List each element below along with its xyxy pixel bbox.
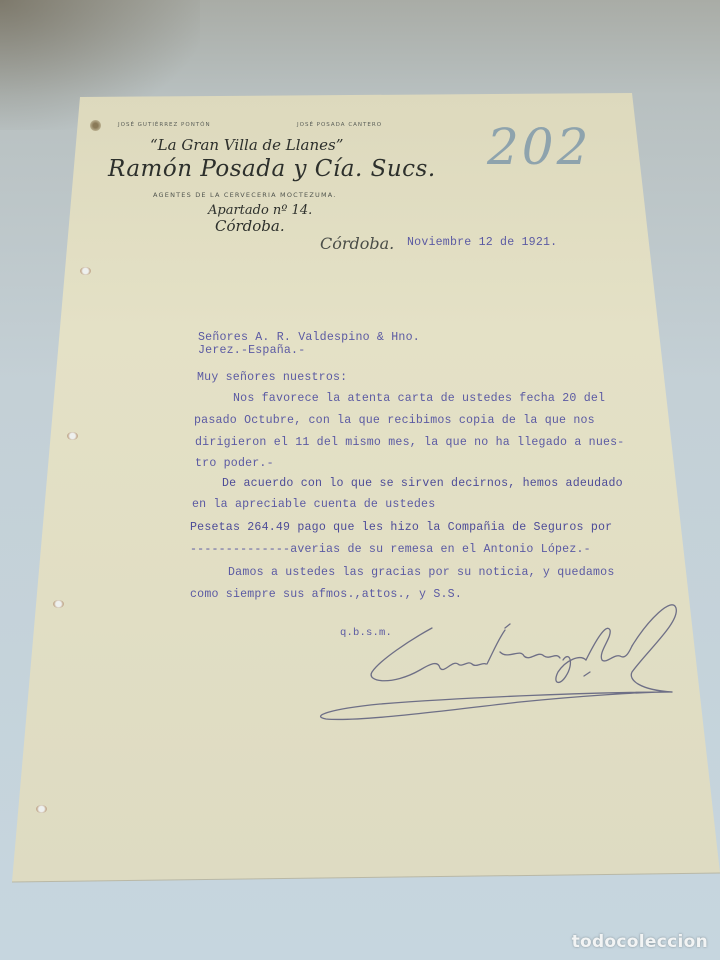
watermark-text: todocoleccion [572, 932, 708, 952]
letter-document: JOSÉ GUTIÉRREZ PONTÓN JOSÉ POSADA CANTER… [0, 0, 720, 960]
handwritten-signature [0, 0, 720, 960]
